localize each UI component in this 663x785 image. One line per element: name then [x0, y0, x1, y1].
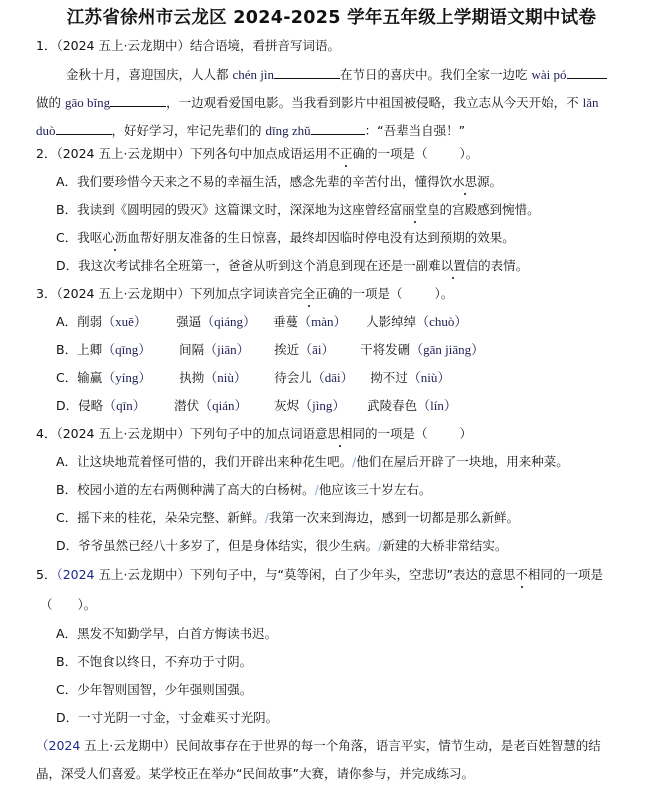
passage-source: 五上·云龙期中） — [80, 738, 175, 753]
q4-option-c[interactable]: C．摇下来的桂花，朵朵完整、新鲜。/我第一次来到海边，感到一切都是那么新鲜。 — [56, 509, 519, 527]
q3-option-d[interactable]: D．侵略（qīn）潜伏（qián）灰烬（jìng）武陵春色（lín） — [56, 397, 457, 415]
passage-line-1: （2024 五上·云龙期中）民间故事存在于世界的每一个角落，语言平实，情节生动，… — [36, 737, 601, 755]
q2-option-d[interactable]: D．我这次考试排名全班第一，爸爸从听到这个消息到现在还是一副难以置信的表情。 — [56, 257, 528, 275]
emphasis-text: 意思相同 — [315, 425, 365, 443]
emphasis-text: 富丽堂皇 — [390, 201, 440, 219]
q5-option-b[interactable]: B．不饱食以终日，不弃功于寸阴。 — [56, 653, 252, 671]
answer-blank[interactable] — [567, 66, 607, 79]
q2-option-c[interactable]: C．我呕心沥血帮好朋友准备的生日惊喜，最终却因临时停电没有达到预期的效果。 — [56, 229, 515, 247]
q3-option-a[interactable]: A．削弱（xuē）强逼（qiáng）垂蔓（màn）人影绰绰（chuò） — [56, 313, 467, 331]
q5-option-d[interactable]: D．一寸光阴一寸金，寸金难买寸光阴。 — [56, 709, 278, 727]
pinyin: lǎn — [583, 95, 599, 110]
answer-blank[interactable] — [311, 122, 365, 135]
q5-option-a[interactable]: A．黑发不知勤学早，白首方悔读书迟。 — [56, 625, 277, 643]
question-source: （2024 五上·云龙期中） — [56, 286, 190, 301]
pinyin: chén jìn — [232, 67, 274, 82]
q4-option-d[interactable]: D．爷爷虽然已经八十多岁了，但是身体结实，很少生病。/新建的大桥非常结实。 — [56, 537, 507, 555]
question-text: 结合语境，看拼音写词语。 — [190, 38, 340, 53]
emphasis-text: 饮水思源 — [440, 173, 490, 191]
question-number: 4． — [36, 426, 56, 441]
answer-paren[interactable]: （ ）。 — [40, 596, 96, 614]
question-source: （2024 五上·云龙期中） — [56, 38, 190, 53]
q2-option-a[interactable]: A．我们要珍惜今天来之不易的幸福生活，感念先辈的辛苦付出，懂得饮水思源。 — [56, 173, 502, 191]
question-source: 五上·云龙期中） — [95, 567, 190, 582]
question-number: 3． — [36, 286, 56, 301]
question-source-year: （2024 — [56, 567, 94, 582]
q4-option-a[interactable]: A．让这块地荒着怪可惜的，我们开辟出来种花生吧。/他们在屋后开辟了一块地，用来种… — [56, 453, 569, 471]
pinyin: wài pó — [531, 67, 566, 82]
question-number: 5． — [36, 567, 56, 582]
emphasis-text: 难以置信 — [428, 257, 478, 275]
question-source: （2024 五上·云龙期中） — [56, 426, 190, 441]
answer-blank[interactable] — [56, 122, 112, 135]
q5-option-c[interactable]: C．少年智则国智，少年强则国强。 — [56, 681, 252, 699]
q1-passage-line-3: duò，好好学习，牢记先辈们的 dīng zhǔ：“吾辈当自强！” — [36, 122, 465, 140]
q3-option-c[interactable]: C．输赢（yíng）执拗（niù）待会儿（dāi）拗不过（niù） — [56, 369, 450, 387]
pinyin: dīng zhǔ — [265, 123, 310, 138]
emphasis-text: 呕心沥血 — [90, 229, 140, 247]
emphasis-text: 不正确 — [327, 145, 365, 163]
page-title: 江苏省徐州市云龙区 2024-2025 学年五年级上学期语文期中试卷 — [0, 4, 663, 29]
question-2-stem: 2．（2024 五上·云龙期中）下列各句中加点成语运用不正确的一项是（）。 — [36, 145, 478, 163]
emphasis-text: 意思不相同 — [490, 566, 553, 584]
passage-line-2: 晶，深受人们喜爱。某学校正在举办“民间故事”大赛，请你参与，并完成练习。 — [36, 765, 474, 783]
question-source: （2024 五上·云龙期中） — [56, 146, 190, 161]
pinyin: gāo bǐng — [65, 95, 110, 110]
answer-blank[interactable] — [110, 94, 166, 107]
question-number: 2． — [36, 146, 56, 161]
question-5-stem: 5．（2024 五上·云龙期中）下列句子中，与“莫等闲，白了少年头，空悲切”表达… — [36, 566, 603, 584]
q1-passage-line-1: 金秋十月，喜迎国庆，人人都 chén jìn在节日的喜庆中。我们全家一边吃 wà… — [66, 66, 607, 84]
q1-passage-line-2: 做的 gāo bǐng，一边观看爱国电影。当我看到影片中祖国被侵略，我立志从今天… — [36, 94, 599, 112]
q2-option-b[interactable]: B．我读到《圆明园的毁灭》这篇课文时，深深地为这座曾经富丽堂皇的宫殿感到惋惜。 — [56, 201, 540, 219]
passage-source-year: （2024 — [36, 738, 80, 753]
q3-option-b[interactable]: B．上卿（qīng）间隔（jiān）挨近（āi）干将发硎（gān jiāng） — [56, 341, 484, 359]
pinyin: duò — [36, 123, 56, 138]
question-1-stem: 1．（2024 五上·云龙期中）结合语境，看拼音写词语。 — [36, 37, 340, 55]
question-4-stem: 4．（2024 五上·云龙期中）下列句子中的加点词语意思相同的一项是（） — [36, 425, 472, 443]
emphasis-text: 完全正 — [290, 285, 328, 303]
q4-option-b[interactable]: B．校园小道的左右两侧种满了高大的白杨树。/他应该三十岁左右。 — [56, 481, 431, 499]
question-number: 1． — [36, 38, 56, 53]
question-3-stem: 3．（2024 五上·云龙期中）下列加点字词读音完全正确的一项是（）。 — [36, 285, 453, 303]
answer-blank[interactable] — [274, 66, 340, 79]
